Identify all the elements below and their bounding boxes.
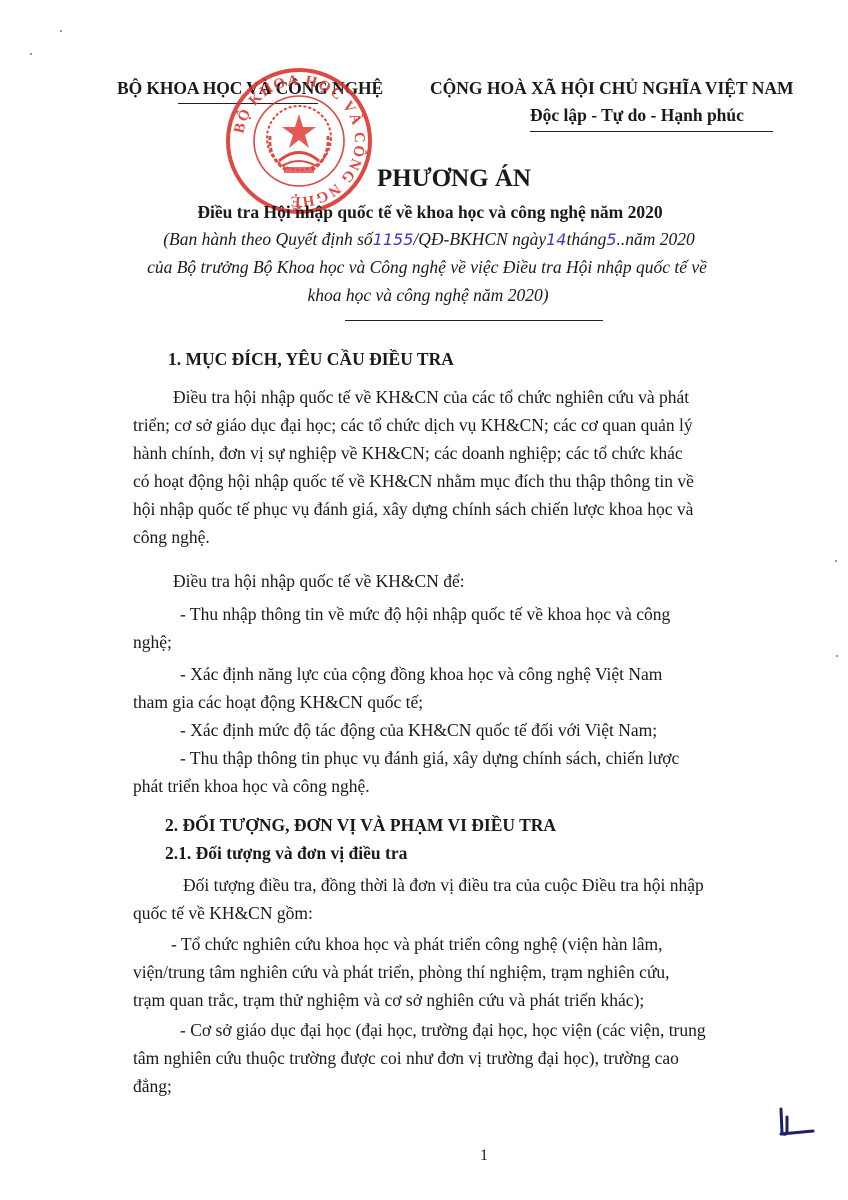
document-subtitle: Điều tra Hội nhập quốc tế về khoa học và… <box>0 202 848 223</box>
scan-speck <box>835 560 837 562</box>
official-seal-icon: BỘ KHOA HỌC VÀ CÔNG NGHỆ <box>224 66 374 216</box>
bullet-line: - Thu nhập thông tin về mức độ hội nhập … <box>133 600 813 628</box>
bullet-line: - Xác định năng lực của cộng đồng khoa h… <box>133 660 813 688</box>
text-line: Đối tượng điều tra, đồng thời là đơn vị … <box>133 871 813 899</box>
text-line: hành chính, đơn vị sự nghiệp về KH&CN; c… <box>133 439 813 467</box>
issuance-line-3: khoa học và công nghệ năm 2020) <box>0 285 848 306</box>
bullet-line: - Thu thập thông tin phục vụ đánh giá, x… <box>133 744 813 772</box>
scan-speck <box>60 30 62 32</box>
bullet-line: - Tổ chức nghiên cứu khoa học và phát tr… <box>133 930 813 958</box>
decision-number: 1155 <box>373 230 414 249</box>
section-2-1-bullets: - Tổ chức nghiên cứu khoa học và phát tr… <box>133 930 813 1100</box>
motto-underline <box>530 131 773 132</box>
text-line: công nghệ. <box>133 523 813 551</box>
section-1-heading: 1. MỤC ĐÍCH, YÊU CẦU ĐIỀU TRA <box>168 349 454 370</box>
decision-suffix: /QĐ-BKHCN ngày <box>413 229 546 249</box>
bullet-line: nghệ; <box>133 628 813 656</box>
text-line: Điều tra hội nhập quốc tế về KH&CN của c… <box>133 383 813 411</box>
text-line: có hoạt động hội nhập quốc tế về KH&CN n… <box>133 467 813 495</box>
text-line: quốc tế về KH&CN gồm: <box>133 899 813 927</box>
section-1-bullets: - Thu nhập thông tin về mức độ hội nhập … <box>133 600 813 800</box>
national-motto: Độc lập - Tự do - Hạnh phúc <box>530 105 744 126</box>
issuance-prefix: (Ban hành theo Quyết định số <box>163 229 372 249</box>
section-2-heading: 2. ĐỐI TƯỢNG, ĐƠN VỊ VÀ PHẠM VI ĐIỀU TRA <box>165 815 556 836</box>
year-label: ..năm 2020 <box>617 229 695 249</box>
month-label: tháng <box>566 229 606 249</box>
bullet-line: trạm quan trắc, trạm thử nghiệm và cơ sở… <box>133 986 813 1014</box>
title-underline <box>345 320 603 321</box>
issue-day: 14 <box>546 230 566 249</box>
section-2-1-paragraph: Đối tượng điều tra, đồng thời là đơn vị … <box>133 871 813 927</box>
bullet-line: phát triển khoa học và công nghệ. <box>133 772 813 800</box>
bullet-line: viện/trung tâm nghiên cứu và phát triển,… <box>133 958 813 986</box>
bullet-line: - Xác định mức độ tác động của KH&CN quố… <box>133 716 813 744</box>
issuance-line-1: (Ban hành theo Quyết định số1155/QĐ-BKHC… <box>0 229 848 250</box>
handwritten-initials-icon <box>775 1105 815 1141</box>
bullet-line: đẳng; <box>133 1072 813 1100</box>
bullet-line: - Cơ sở giáo dục đại học (đại học, trườn… <box>133 1016 813 1044</box>
republic-name: CỘNG HOÀ XÃ HỘI CHỦ NGHĨA VIỆT NAM <box>430 78 793 99</box>
section-1-paragraph-1: Điều tra hội nhập quốc tế về KH&CN của c… <box>133 383 813 551</box>
page-number: 1 <box>480 1147 488 1165</box>
document-title: PHƯƠNG ÁN <box>0 165 848 193</box>
scan-speck <box>30 53 32 55</box>
text-line: hội nhập quốc tế phục vụ đánh giá, xây d… <box>133 495 813 523</box>
section-2-1-heading: 2.1. Đối tượng và đơn vị điều tra <box>165 843 407 864</box>
section-1-paragraph-2: Điều tra hội nhập quốc tế về KH&CN để: <box>173 567 465 595</box>
text-line: triển; cơ sở giáo dục đại học; các tổ ch… <box>133 411 813 439</box>
scan-speck <box>836 655 838 657</box>
issue-month: 5 <box>606 230 616 249</box>
bullet-line: tâm nghiên cứu thuộc trường được coi như… <box>133 1044 813 1072</box>
issuance-line-2: của Bộ trưởng Bộ Khoa học và Công nghệ v… <box>0 257 848 278</box>
bullet-line: tham gia các hoạt động KH&CN quốc tế; <box>133 688 813 716</box>
